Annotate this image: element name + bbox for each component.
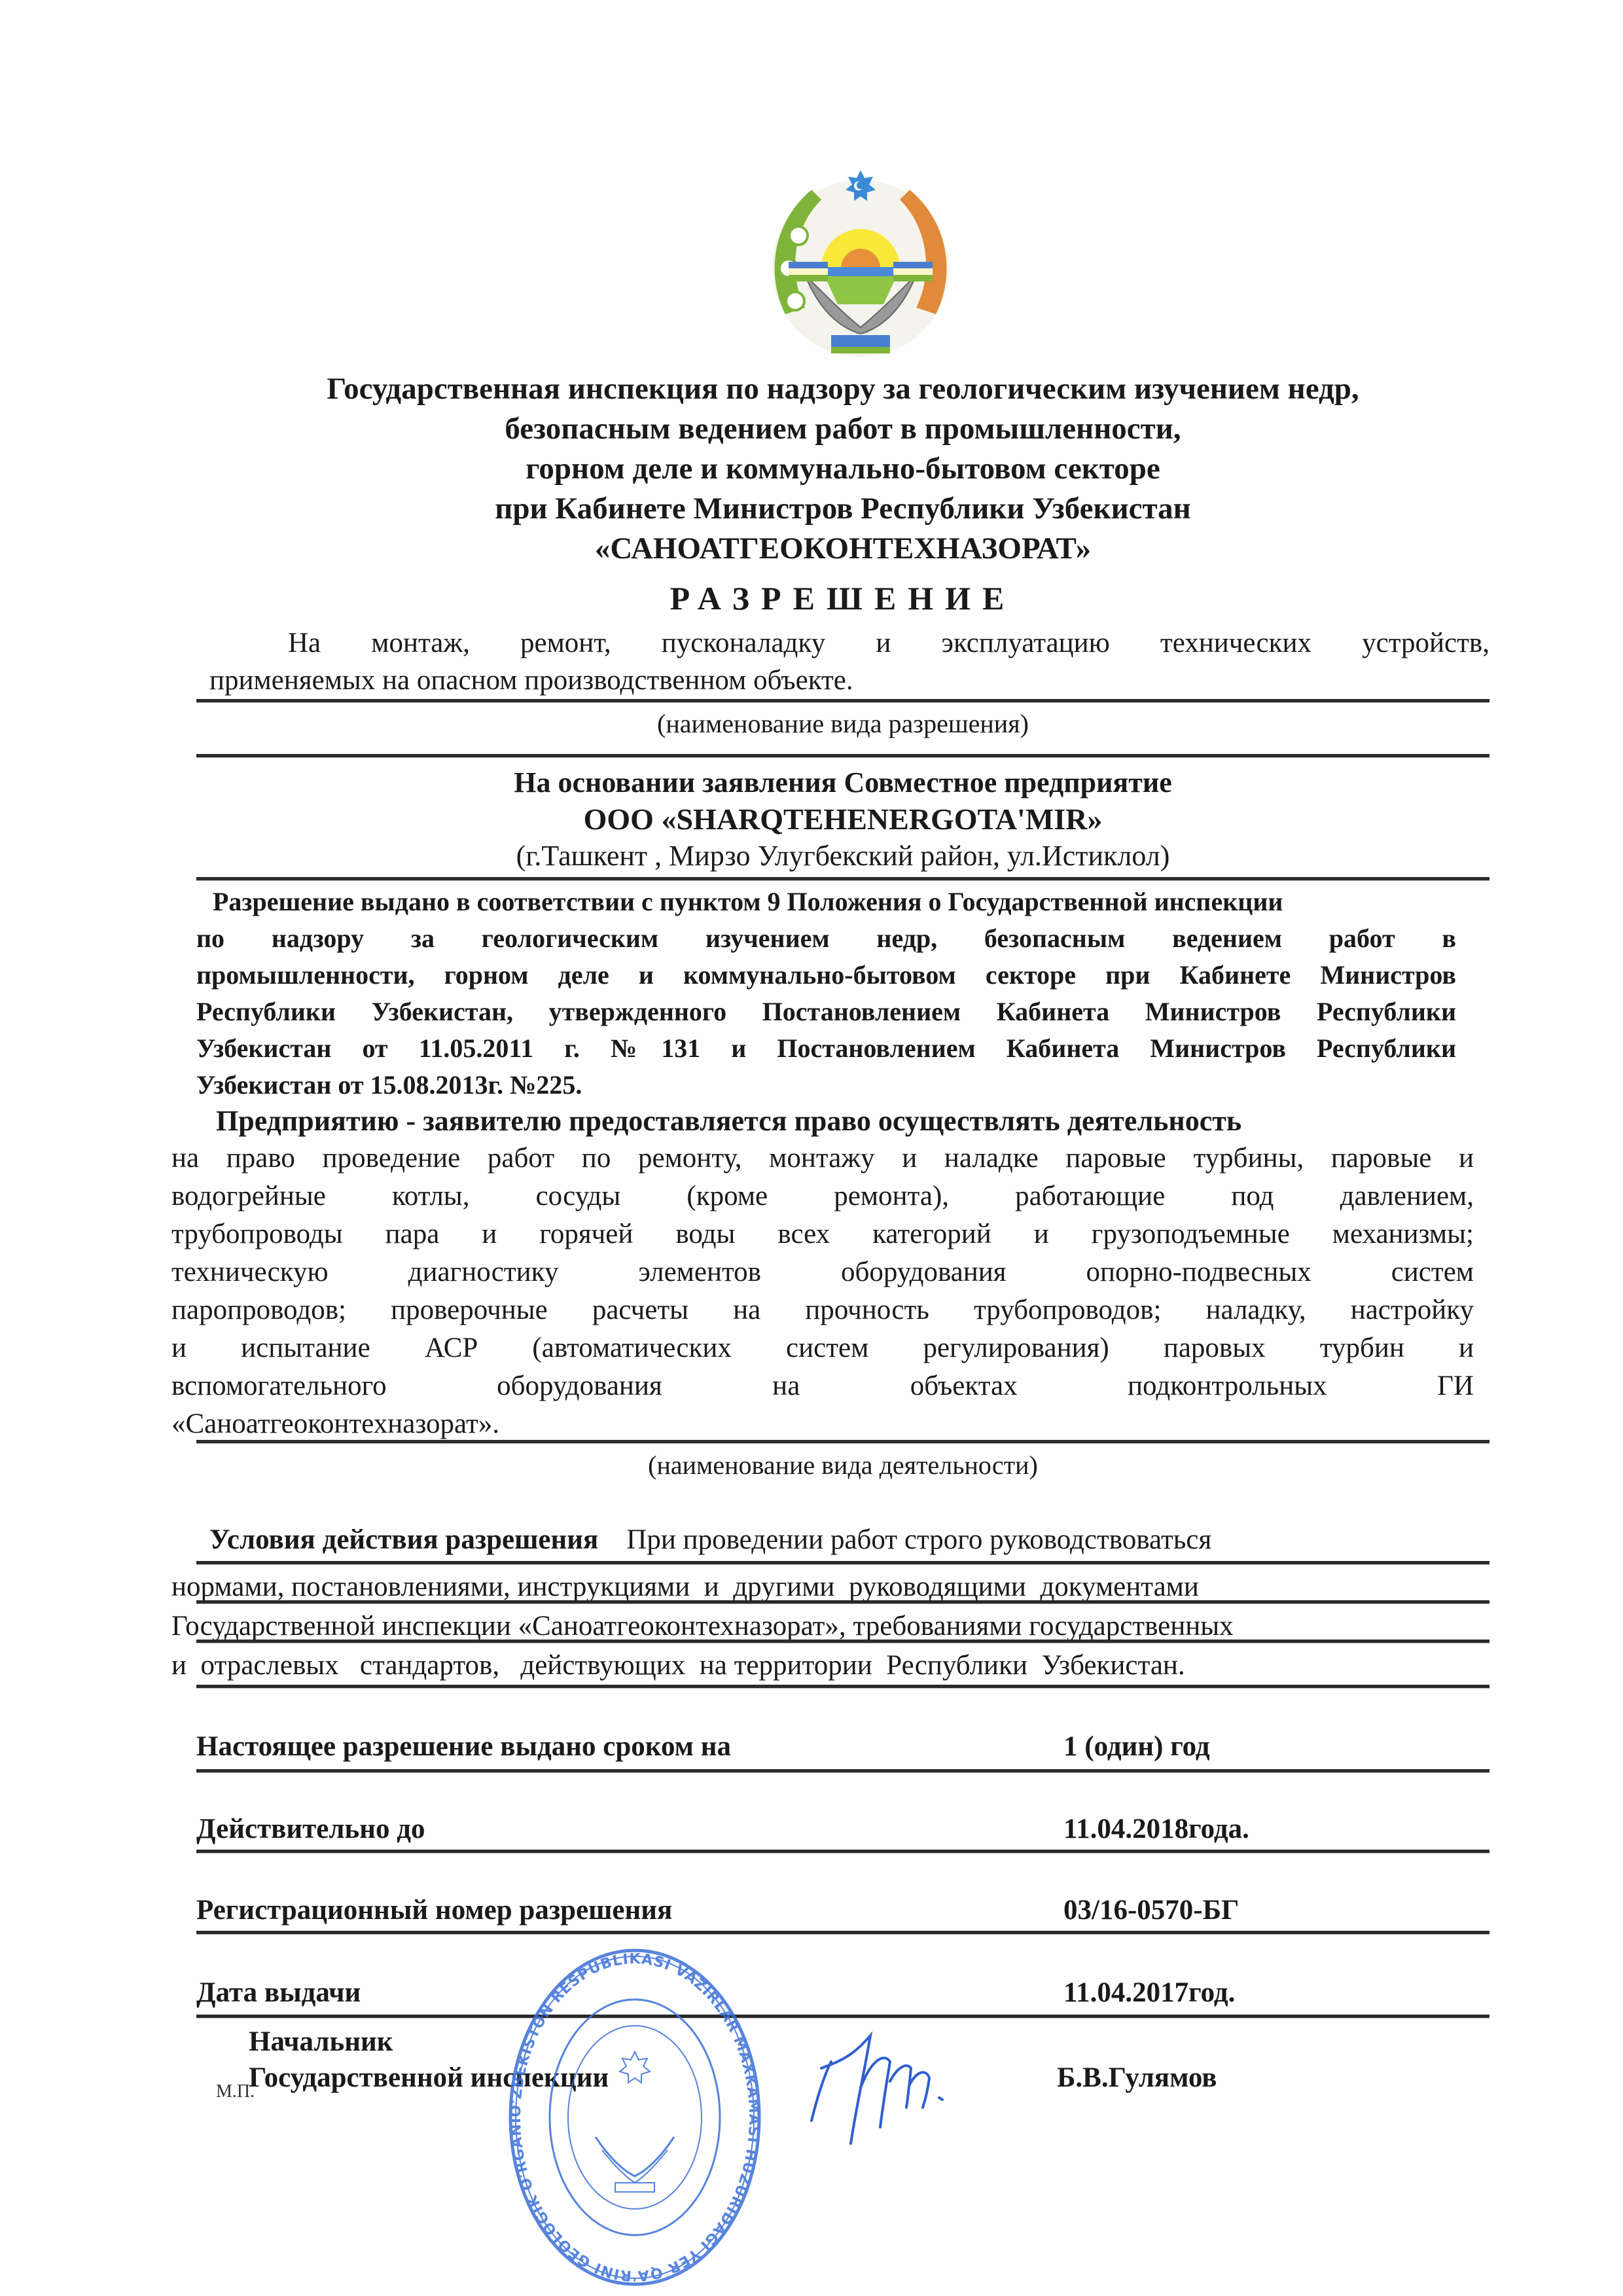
basis-line-3: промышленности, горном деле и коммунальн… — [196, 957, 1456, 994]
signer-position-line-1: Начальник — [249, 2026, 393, 2058]
permit-type-line-1: На монтаж, ремонт, пусконаладку и эксплу… — [216, 625, 1489, 662]
divider — [196, 1600, 1489, 1604]
divider — [196, 1640, 1489, 1643]
state-emblem-icon — [759, 164, 962, 367]
conditions-label: Условия действия разрешения — [209, 1524, 598, 1555]
activity-caption: (наименование вида деятельности) — [196, 1450, 1489, 1480]
header-line-5: «САНОАТГЕОКОНТЕХНАЗОРАТ» — [196, 531, 1489, 567]
divider — [196, 1685, 1489, 1688]
field-value-term: 1 (один) год — [1063, 1731, 1210, 1763]
conditions-line-1: Условия действия разрешения При проведен… — [209, 1522, 1211, 1558]
document-title: РАЗРЕШЕНИЕ — [196, 579, 1489, 617]
divider — [196, 877, 1489, 880]
field-label-valid-until: Действительно до — [196, 1813, 425, 1845]
activity-heading: Предприятию - заявителю предоставляется … — [216, 1103, 1241, 1139]
header-line-2: безопасным ведением работ в промышленнос… — [196, 411, 1489, 447]
basis-line-2: по надзору за геологическим изучением не… — [196, 920, 1456, 957]
permit-type-line-2: применяемых на опасном производственном … — [209, 662, 853, 699]
activity-line-1: на право проведение работ по ремонту, мо… — [171, 1140, 1474, 1177]
signer-name: Б.В.Гулямов — [1057, 2062, 1217, 2094]
divider — [196, 2015, 1489, 2018]
basis-line-1: Разрешение выдано в соответствии с пункт… — [213, 884, 1456, 920]
divider — [196, 754, 1489, 757]
applicant-line-1: На основании заявления Совместное предпр… — [196, 766, 1489, 799]
permit-document: Государственная инспекция по надзору за … — [0, 0, 1623, 2296]
header-line-4: при Кабинете Министров Республики Узбеки… — [196, 491, 1489, 527]
activity-line-5: паропроводов; проверочные расчеты на про… — [171, 1292, 1474, 1329]
activity-line-8: «Саноатгеоконтехназорат». — [171, 1406, 499, 1443]
seal-mark: М.П. — [216, 2081, 255, 2102]
svg-text:O'ZBEKISTON RESPUBLIKASI VAZIR: O'ZBEKISTON RESPUBLIKASI VAZIRLAR MAXKAM… — [497, 1941, 762, 2284]
field-label-registration-number: Регистрационный номер разрешения — [196, 1894, 672, 1926]
field-label-issue-date: Дата выдачи — [196, 1977, 361, 2009]
header-line-3: горном деле и коммунально-бытовом сектор… — [196, 451, 1489, 487]
applicant-address: (г.Ташкент , Мирзо Улугбекский район, ул… — [196, 839, 1489, 872]
applicant-company-name: ООО «SHARQTEHENERGOTA'MIR» — [196, 802, 1489, 836]
basis-line-6: Узбекистан от 15.08.2013г. №225. — [196, 1067, 582, 1103]
basis-line-4: Республики Узбекистан, утвержденного Пос… — [196, 994, 1456, 1030]
activity-line-4: техническую диагностику элементов оборуд… — [171, 1254, 1474, 1291]
activity-line-6: и испытание АСР (автоматических систем р… — [171, 1330, 1474, 1367]
signature-icon — [798, 2022, 995, 2147]
permit-type-caption: (наименование вида разрешения) — [196, 708, 1489, 739]
activity-line-2: водогрейные котлы, сосуды (кроме ремонта… — [171, 1178, 1474, 1215]
divider — [196, 1561, 1489, 1564]
header-line-1: Государственная инспекция по надзору за … — [196, 371, 1489, 407]
divider — [196, 1850, 1489, 1853]
field-value-issue-date: 11.04.2017год. — [1063, 1977, 1235, 2009]
official-seal-stamp-icon: O'ZBEKISTON RESPUBLIKASI VAZIRLAR MAXKAM… — [497, 1941, 772, 2294]
conditions-text-1: При проведении работ строго руководствов… — [626, 1524, 1211, 1555]
divider — [196, 699, 1489, 702]
divider — [196, 1769, 1489, 1772]
divider — [196, 1440, 1489, 1443]
field-label-term: Настоящее разрешение выдано сроком на — [196, 1731, 731, 1763]
divider — [196, 1931, 1489, 1934]
field-value-registration-number: 03/16-0570-БГ — [1063, 1894, 1239, 1926]
conditions-line-4: и отраслевых стандартов, действующих на … — [171, 1647, 1185, 1684]
field-value-valid-until: 11.04.2018года. — [1063, 1813, 1249, 1845]
basis-line-5: Узбекистан от 11.05.2011 г. №131 и Поста… — [196, 1030, 1456, 1067]
activity-line-7: вспомогательного оборудования на объекта… — [171, 1368, 1474, 1405]
activity-line-3: трубопроводы пара и горячей воды всех ка… — [171, 1216, 1474, 1253]
stamp-outer-text: O'ZBEKISTON RESPUBLIKASI VAZIRLAR MAXKAM… — [497, 1941, 762, 2284]
